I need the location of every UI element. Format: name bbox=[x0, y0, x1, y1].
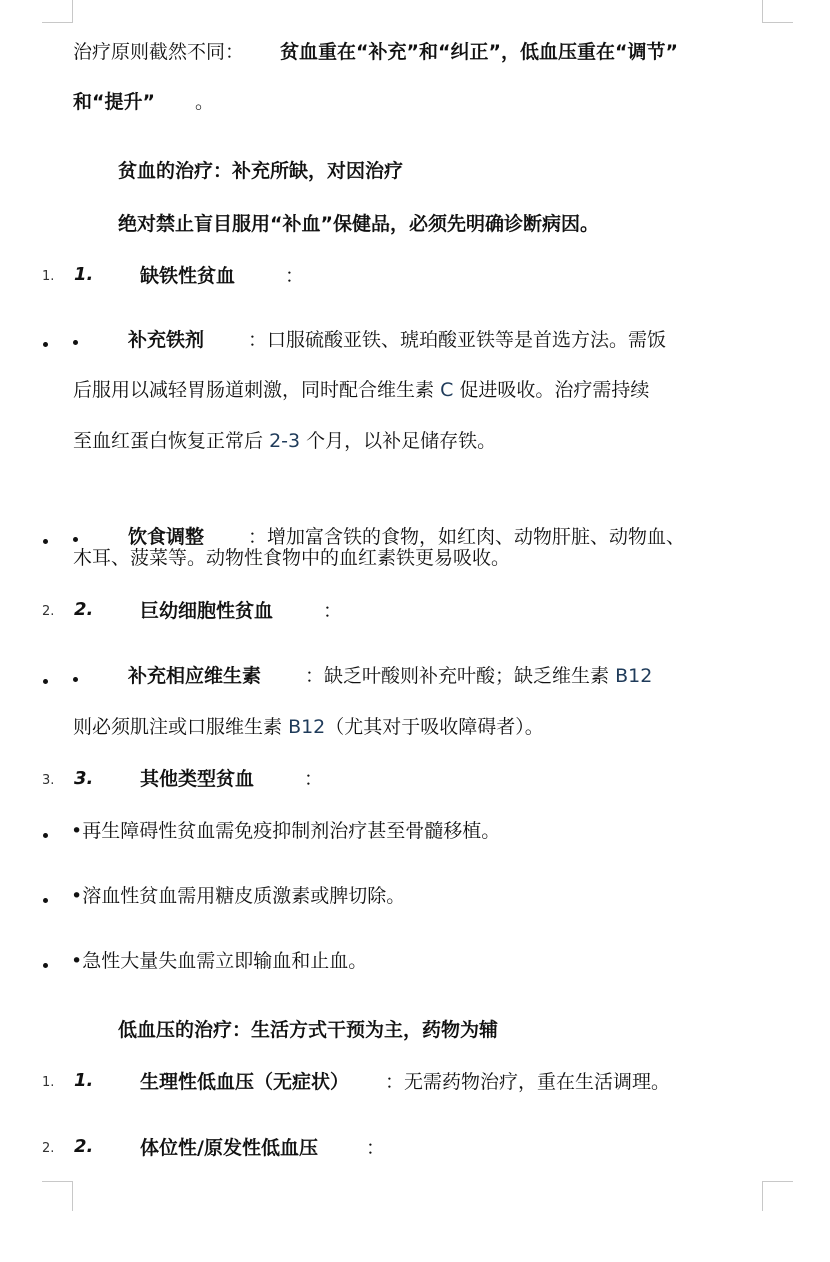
intro-line-1: 治疗原则截然不同：贫血重在“补充”和“纠正”，低血压重在“调节” bbox=[73, 39, 678, 65]
bullet-dot-icon bbox=[73, 537, 78, 542]
anemia-item-1-title: 缺铁性贫血： bbox=[140, 263, 304, 289]
page-corner-bottom-left bbox=[42, 1181, 73, 1211]
intro-label: 治疗原则截然不同： bbox=[73, 41, 244, 63]
aplastic-anemia-item: •再生障碍性贫血需免疫抑制剂治疗甚至骨髓移植。 bbox=[71, 818, 500, 844]
acute-blood-loss-item: •急性大量失血需立即输血和止血。 bbox=[71, 948, 367, 974]
page-corner-bottom-right bbox=[762, 1181, 793, 1211]
anemia-heading: 贫血的治疗：补充所缺，对因治疗 bbox=[118, 158, 403, 184]
bullet-dot-icon bbox=[43, 679, 48, 684]
vitamin-line-1: 补充相应维生素：缺乏叶酸则补充叶酸；缺乏维生素 B12 bbox=[128, 663, 652, 689]
hypotension-item-1: 生理性低血压（无症状）：无需药物治疗，重在生活调理。 bbox=[140, 1069, 670, 1095]
list-number: 3. bbox=[42, 773, 54, 788]
bullet-dot-icon bbox=[43, 539, 48, 544]
bullet-text: （尤其对于吸收障碍者）。 bbox=[325, 716, 544, 738]
item-title: 生理性低血压（无症状） bbox=[140, 1071, 349, 1093]
list-number-styled: 3. bbox=[74, 768, 93, 789]
vitamin-b12: B12 bbox=[615, 665, 652, 687]
hemolytic-anemia-item: •溶血性贫血需用糖皮质激素或脾切除。 bbox=[71, 883, 405, 909]
iron-supplement-line-1: 补充铁剂：口服硫酸亚铁、琥珀酸亚铁等是首选方法。需饭 bbox=[128, 327, 666, 353]
diet-line-2: 木耳、菠菜等。动物性食物中的血红素铁更易吸收。 bbox=[73, 545, 510, 571]
intro-emphasis-cont: 和“提升” bbox=[73, 91, 155, 113]
bullet-dot-icon bbox=[43, 833, 48, 838]
item-text: ：无需药物治疗，重在生活调理。 bbox=[385, 1071, 670, 1093]
item-text: ： bbox=[366, 1137, 385, 1159]
item-title: 其他类型贫血 bbox=[140, 768, 254, 790]
list-number-styled: 2. bbox=[74, 1136, 93, 1157]
list-number: 1. bbox=[42, 269, 54, 284]
bullet-dot-icon bbox=[73, 677, 78, 682]
bullet-dot-icon bbox=[43, 342, 48, 347]
bullet-text: 后服用以减轻胃肠道刺激，同时配合维生素 bbox=[73, 379, 434, 401]
vitamin-c: C bbox=[440, 379, 453, 401]
intro-end: 。 bbox=[195, 91, 214, 113]
iron-supplement-line-3: 至血红蛋白恢复正常后 2-3 个月，以补足储存铁。 bbox=[73, 428, 496, 454]
bullet-dot-icon bbox=[73, 340, 78, 345]
list-number-styled: 1. bbox=[74, 264, 93, 285]
page-corner-top-right bbox=[762, 0, 793, 23]
hypotension-heading: 低血压的治疗：生活方式干预为主，药物为辅 bbox=[118, 1017, 498, 1043]
anemia-item-2-title: 巨幼细胞性贫血： bbox=[140, 598, 342, 624]
bullet-text: ：缺乏叶酸则补充叶酸；缺乏维生素 bbox=[305, 665, 609, 687]
bullet-title: 补充铁剂 bbox=[128, 329, 204, 351]
list-number-styled: 2. bbox=[74, 599, 93, 620]
anemia-warning: 绝对禁止盲目服用“补血”保健品，必须先明确诊断病因。 bbox=[118, 211, 599, 237]
bullet-dot-icon bbox=[43, 898, 48, 903]
duration-months: 2-3 bbox=[269, 430, 300, 452]
list-number-styled: 1. bbox=[74, 1070, 93, 1091]
bullet-text: ：口服硫酸亚铁、琥珀酸亚铁等是首选方法。需饭 bbox=[248, 329, 666, 351]
bullet-title: 补充相应维生素 bbox=[128, 665, 261, 687]
list-number: 2. bbox=[42, 604, 54, 619]
bullet-dot-icon bbox=[43, 963, 48, 968]
item-colon: ： bbox=[323, 600, 342, 622]
vitamin-b12: B12 bbox=[288, 716, 325, 738]
bullet-text: 木耳、菠菜等。动物性食物中的血红素铁更易吸收。 bbox=[73, 547, 510, 569]
bullet-text: 则必须肌注或口服维生素 bbox=[73, 716, 282, 738]
hypotension-item-2: 体位性/原发性低血压： bbox=[140, 1135, 385, 1161]
vitamin-line-2: 则必须肌注或口服维生素 B12（尤其对于吸收障碍者）。 bbox=[73, 714, 544, 740]
page-corner-top-left bbox=[42, 0, 73, 23]
list-number: 2. bbox=[42, 1141, 54, 1156]
item-title: 缺铁性贫血 bbox=[140, 265, 235, 287]
bullet-text: 促进吸收。治疗需持续 bbox=[459, 379, 649, 401]
iron-supplement-line-2: 后服用以减轻胃肠道刺激，同时配合维生素 C 促进吸收。治疗需持续 bbox=[73, 377, 649, 403]
item-colon: ： bbox=[285, 265, 304, 287]
bullet-text: 个月，以补足储存铁。 bbox=[306, 430, 496, 452]
item-colon: ： bbox=[304, 768, 323, 790]
item-title: 巨幼细胞性贫血 bbox=[140, 600, 273, 622]
list-number: 1. bbox=[42, 1075, 54, 1090]
anemia-item-3-title: 其他类型贫血： bbox=[140, 766, 323, 792]
intro-emphasis: 贫血重在“补充”和“纠正”，低血压重在“调节” bbox=[280, 41, 678, 63]
bullet-text: 至血红蛋白恢复正常后 bbox=[73, 430, 263, 452]
intro-line-2: 和“提升”。 bbox=[73, 89, 214, 115]
item-title: 体位性/原发性低血压 bbox=[140, 1137, 318, 1159]
